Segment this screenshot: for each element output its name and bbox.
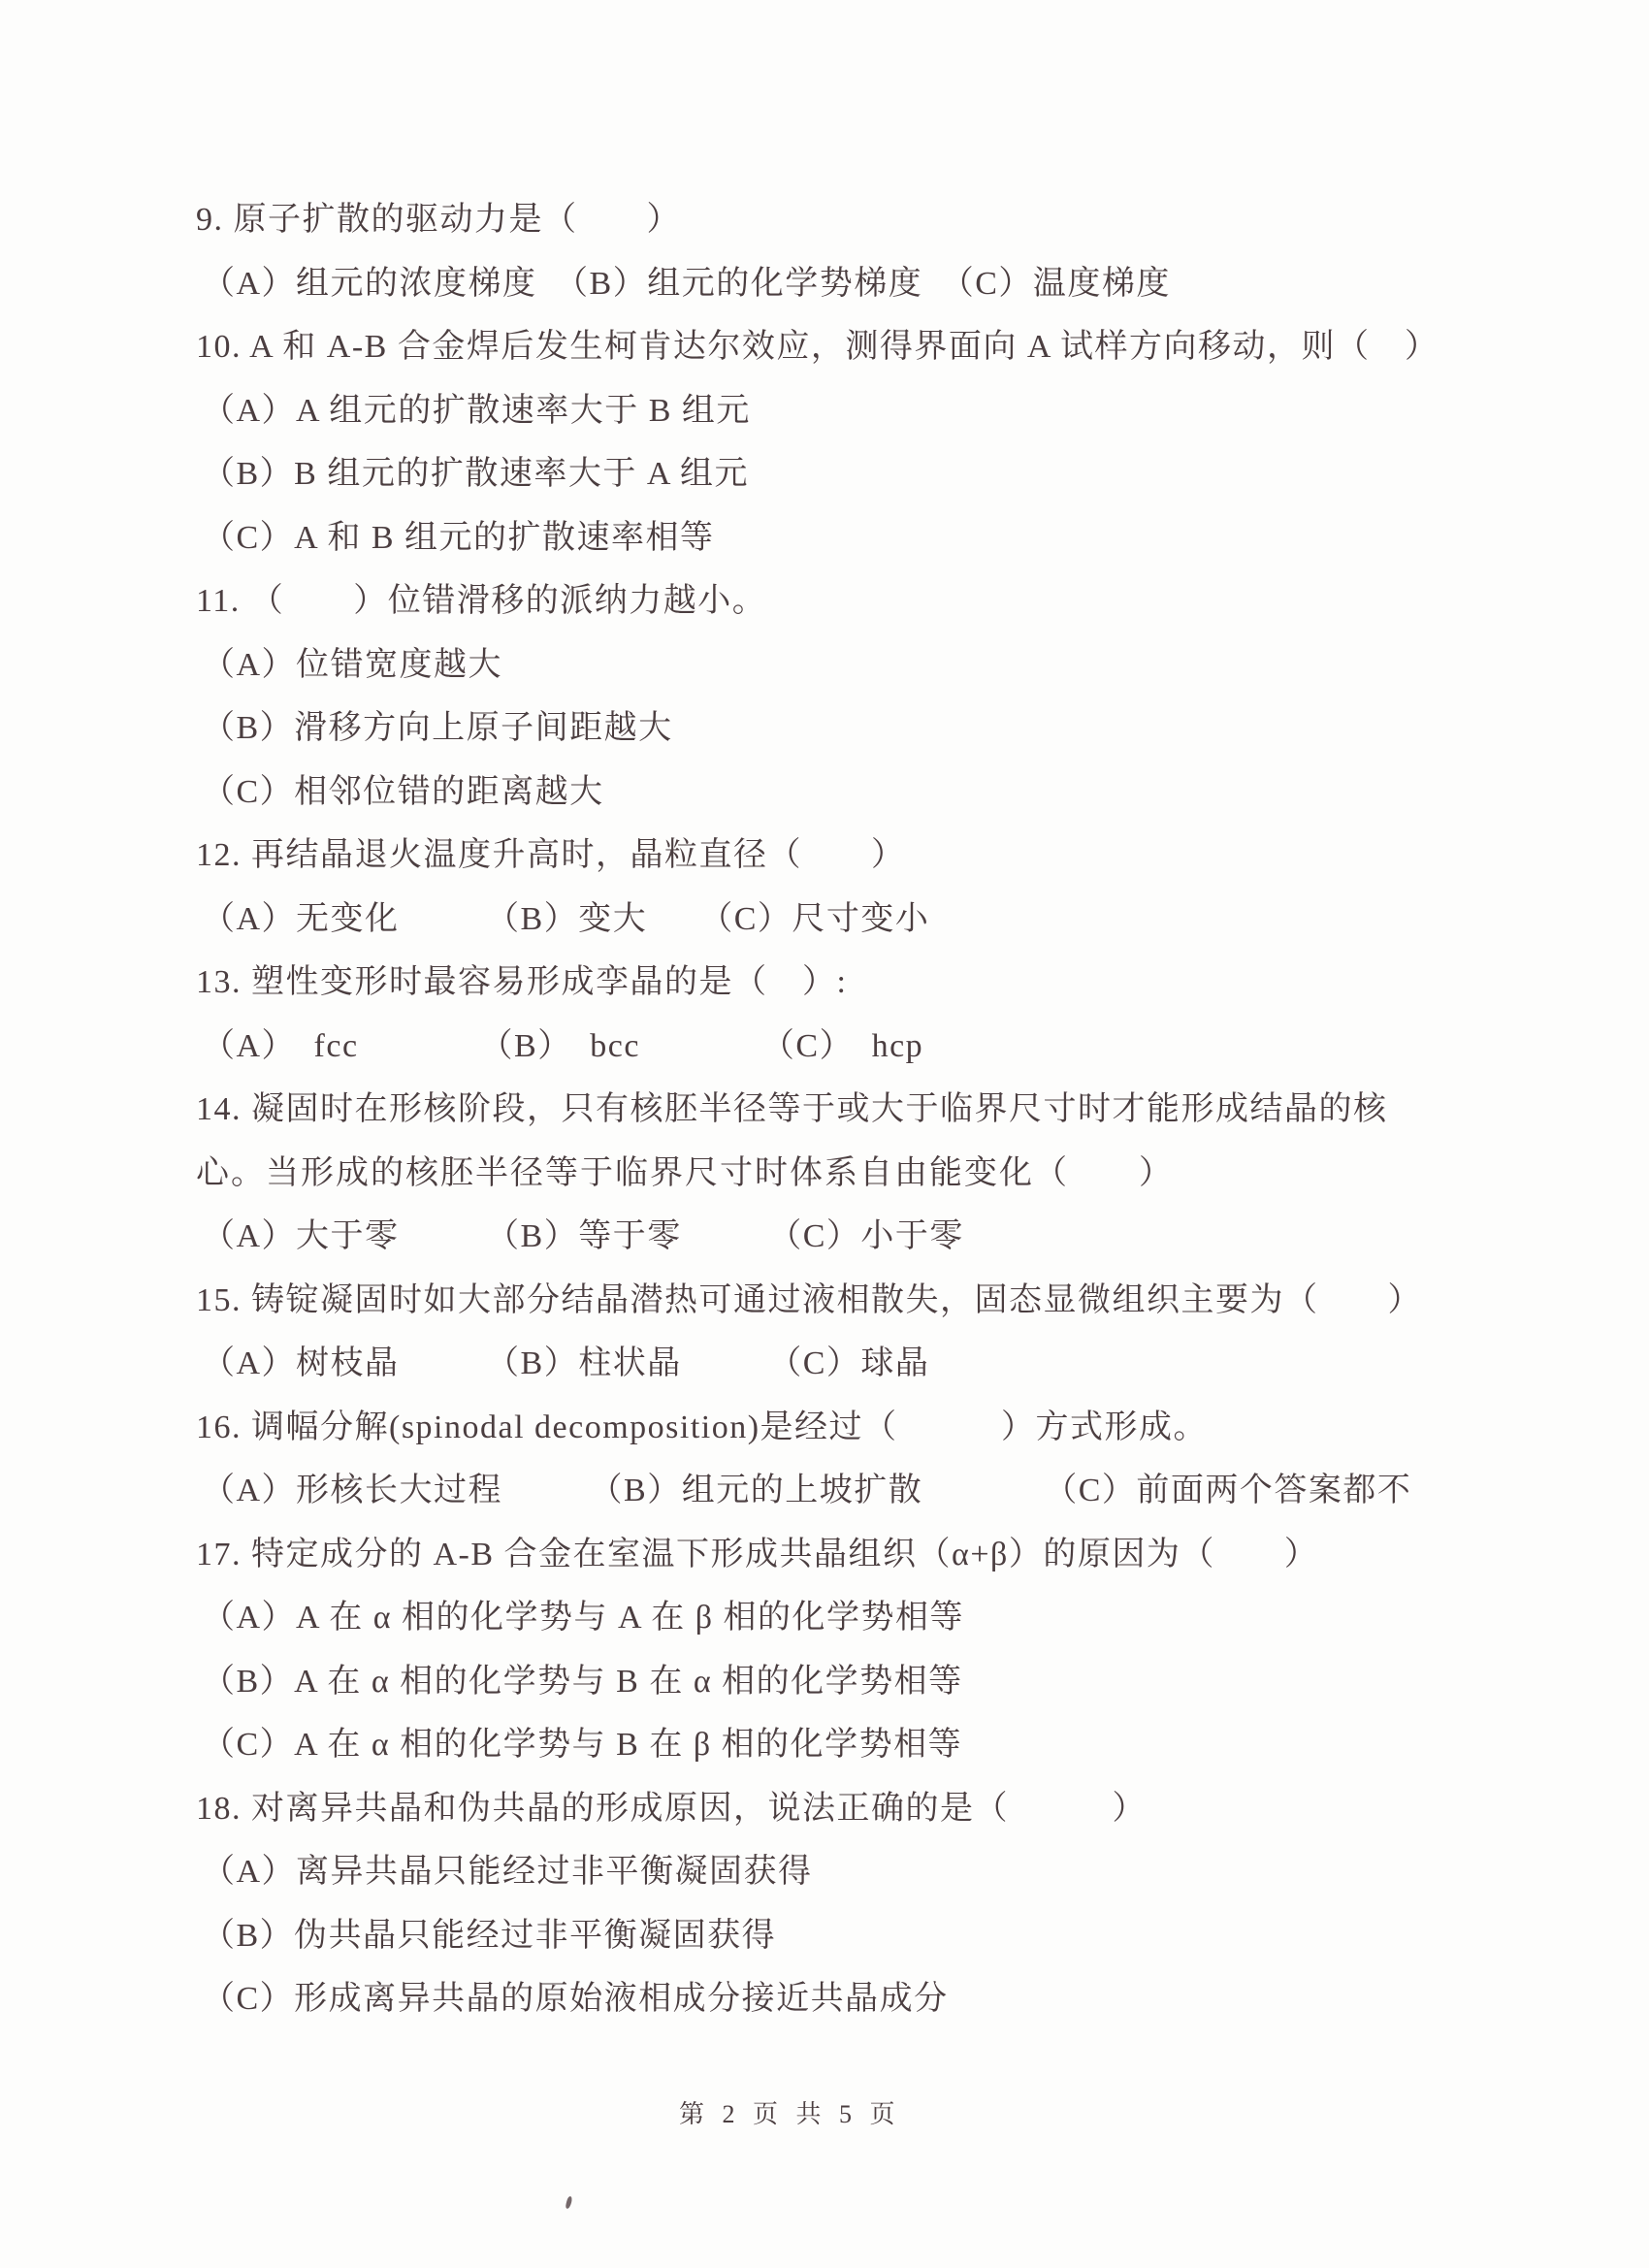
page-footer: 第 2 页 共 5 页 (679, 2095, 901, 2134)
options-line: （B）B 组元的扩散速率大于 A 组元 (196, 442, 1535, 506)
options-line: （A）位错宽度越大 (196, 633, 1535, 697)
question-line: 10. A 和 A-B 合金焊后发生柯肯达尔效应，测得界面向 A 试样方向移动，… (196, 315, 1535, 379)
options-line: （A）A 在 α 相的化学势与 A 在 β 相的化学势相等 (196, 1586, 1535, 1650)
question-list: 9. 原子扩散的驱动力是（ ）（A）组元的浓度梯度 （B）组元的化学势梯度 （C… (196, 188, 1535, 2031)
options-line: （C）A 和 B 组元的扩散速率相等 (196, 506, 1535, 570)
options-line: （A）形核长大过程 （B）组元的上坡扩散 （C）前面两个答案都不 (196, 1459, 1535, 1523)
options-line: （B）伪共晶只能经过非平衡凝固获得 (196, 1904, 1535, 1968)
question-line: 14. 凝固时在形核阶段，只有核胚半径等于或大于临界尺寸时才能形成结晶的核 (196, 1078, 1535, 1142)
question-line: 13. 塑性变形时最容易形成孪晶的是（ ）: (196, 951, 1535, 1015)
scan-artifact-mark (566, 2196, 573, 2210)
scanned-exam-page: 9. 原子扩散的驱动力是（ ）（A）组元的浓度梯度 （B）组元的化学势梯度 （C… (0, 0, 1649, 2268)
question-line: 15. 铸锭凝固时如大部分结晶潜热可通过液相散失，固态显微组织主要为（ ） (196, 1269, 1535, 1333)
question-line: 12. 再结晶退火温度升高时，晶粒直径（ ） (196, 824, 1535, 888)
options-line: （A） fcc （B） bcc （C） hcp (196, 1015, 1535, 1079)
question-line: 17. 特定成分的 A-B 合金在室温下形成共晶组织（α+β）的原因为（ ） (196, 1523, 1535, 1587)
question-line: 11. （ ）位错滑移的派纳力越小。 (196, 569, 1535, 633)
continuation-line: 心。当形成的核胚半径等于临界尺寸时体系自由能变化（ ） (196, 1142, 1535, 1206)
options-line: （A）A 组元的扩散速率大于 B 组元 (196, 379, 1535, 443)
options-line: （C）形成离异共晶的原始液相成分接近共晶成分 (196, 1967, 1535, 2031)
options-line: （A）组元的浓度梯度 （B）组元的化学势梯度 （C）温度梯度 (196, 252, 1535, 316)
options-line: （B）滑移方向上原子间距越大 (196, 697, 1535, 761)
options-line: （B）A 在 α 相的化学势与 B 在 α 相的化学势相等 (196, 1650, 1535, 1714)
options-line: （A）无变化 （B）变大 （C）尺寸变小 (196, 888, 1535, 952)
options-line: （A）大于零 （B）等于零 （C）小于零 (196, 1205, 1535, 1269)
question-line: 9. 原子扩散的驱动力是（ ） (196, 188, 1535, 252)
question-line: 18. 对离异共晶和伪共晶的形成原因，说法正确的是（ ） (196, 1777, 1535, 1841)
options-line: （A）树枝晶 （B）柱状晶 （C）球晶 (196, 1332, 1535, 1396)
options-line: （C）相邻位错的距离越大 (196, 761, 1535, 825)
options-line: （C）A 在 α 相的化学势与 B 在 β 相的化学势相等 (196, 1713, 1535, 1777)
question-line: 16. 调幅分解(spinodal decomposition)是经过（ ）方式… (196, 1396, 1535, 1460)
options-line: （A）离异共晶只能经过非平衡凝固获得 (196, 1840, 1535, 1904)
